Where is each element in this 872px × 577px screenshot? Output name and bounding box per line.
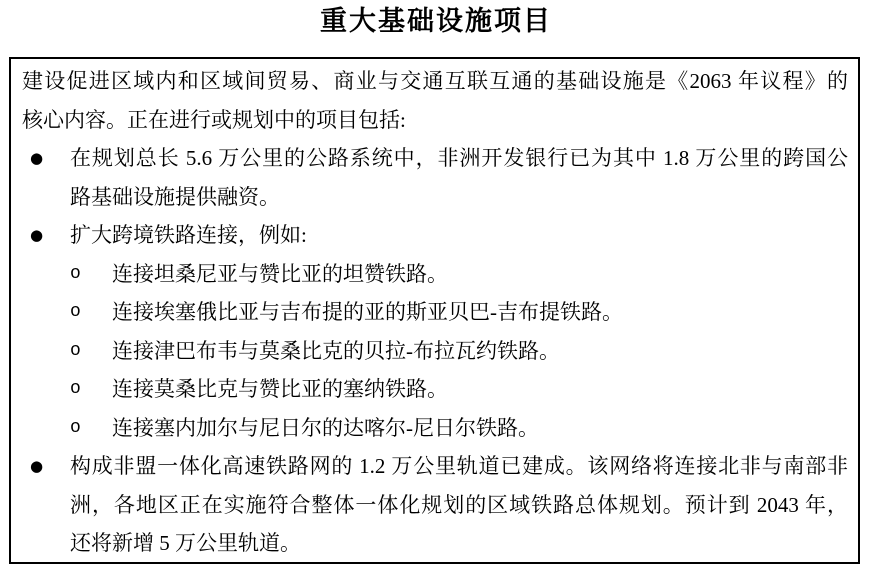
disc-bullet-marker: ●: [30, 447, 60, 486]
disc-bullet-marker: ●: [30, 139, 60, 178]
disc-bullet-marker: ●: [30, 216, 60, 255]
intro-paragraph: 建设促进区域内和区域间贸易、商业与交通互联互通的基础设施是《2063 年议程》的…: [22, 62, 848, 139]
bullet-line: 连接埃塞俄比亚与吉布提的亚的斯亚贝巴-吉布提铁路。: [112, 293, 848, 332]
bullet-line: 在规划总长 5.6 万公里的公路系统中，非洲开发银行已为其中 1.8 万公里的跨…: [70, 139, 848, 178]
sub-bullet-item: o连接塞内加尔与尼日尔的达喀尔-尼日尔铁路。: [22, 409, 848, 448]
document-page: 重大基础设施项目 建设促进区域内和区域间贸易、商业与交通互联互通的基础设施是《2…: [0, 0, 872, 577]
circle-bullet-marker: o: [70, 332, 100, 371]
bullet-text: 连接埃塞俄比亚与吉布提的亚的斯亚贝巴-吉布提铁路。: [112, 293, 848, 332]
bullet-text: 连接塞内加尔与尼日尔的达喀尔-尼日尔铁路。: [112, 409, 848, 448]
content-box: 建设促进区域内和区域间贸易、商业与交通互联互通的基础设施是《2063 年议程》的…: [9, 57, 860, 564]
bullet-line: 洲，各地区正在实施符合整体一体化规划的区域铁路总体规划。预计到 2043 年，: [70, 486, 848, 525]
bullet-text: 构成非盟一体化高速铁路网的 1.2 万公里轨道已建成。该网络将连接北非与南部非洲…: [70, 447, 848, 563]
circle-bullet-marker: o: [70, 409, 100, 448]
bullet-line: 构成非盟一体化高速铁路网的 1.2 万公里轨道已建成。该网络将连接北非与南部非: [70, 447, 848, 486]
bullet-line: 还将新增 5 万公里轨道。: [70, 524, 848, 563]
sub-bullet-item: o连接莫桑比克与赞比亚的塞纳铁路。: [22, 370, 848, 409]
bullet-line: 扩大跨境铁路连接，例如:: [70, 216, 848, 255]
sub-bullet-item: o连接埃塞俄比亚与吉布提的亚的斯亚贝巴-吉布提铁路。: [22, 293, 848, 332]
bullet-line: 路基础设施提供融资。: [70, 178, 848, 217]
bullet-text: 连接津巴布韦与莫桑比克的贝拉-布拉瓦约铁路。: [112, 332, 848, 371]
bullet-text: 连接莫桑比克与赞比亚的塞纳铁路。: [112, 370, 848, 409]
bullet-item: ●在规划总长 5.6 万公里的公路系统中，非洲开发银行已为其中 1.8 万公里的…: [22, 139, 848, 216]
bullet-list: ●在规划总长 5.6 万公里的公路系统中，非洲开发银行已为其中 1.8 万公里的…: [22, 139, 848, 563]
bullet-line: 连接塞内加尔与尼日尔的达喀尔-尼日尔铁路。: [112, 409, 848, 448]
bullet-line: 连接津巴布韦与莫桑比克的贝拉-布拉瓦约铁路。: [112, 332, 848, 371]
circle-bullet-marker: o: [70, 370, 100, 409]
bullet-text: 扩大跨境铁路连接，例如:: [70, 216, 848, 255]
bullet-line: 连接坦桑尼亚与赞比亚的坦赞铁路。: [112, 255, 848, 294]
circle-bullet-marker: o: [70, 293, 100, 332]
bullet-text: 在规划总长 5.6 万公里的公路系统中，非洲开发银行已为其中 1.8 万公里的跨…: [70, 139, 848, 216]
circle-bullet-marker: o: [70, 255, 100, 294]
bullet-item: ●扩大跨境铁路连接，例如:: [22, 216, 848, 255]
bullet-item: ●构成非盟一体化高速铁路网的 1.2 万公里轨道已建成。该网络将连接北非与南部非…: [22, 447, 848, 563]
intro-line: 建设促进区域内和区域间贸易、商业与交通互联互通的基础设施是《2063 年议程》的: [22, 62, 848, 101]
sub-bullet-item: o连接津巴布韦与莫桑比克的贝拉-布拉瓦约铁路。: [22, 332, 848, 371]
intro-line: 核心内容。正在进行或规划中的项目包括:: [22, 101, 848, 140]
bullet-line: 连接莫桑比克与赞比亚的塞纳铁路。: [112, 370, 848, 409]
page-title: 重大基础设施项目: [0, 3, 872, 39]
sub-bullet-item: o连接坦桑尼亚与赞比亚的坦赞铁路。: [22, 255, 848, 294]
bullet-text: 连接坦桑尼亚与赞比亚的坦赞铁路。: [112, 255, 848, 294]
